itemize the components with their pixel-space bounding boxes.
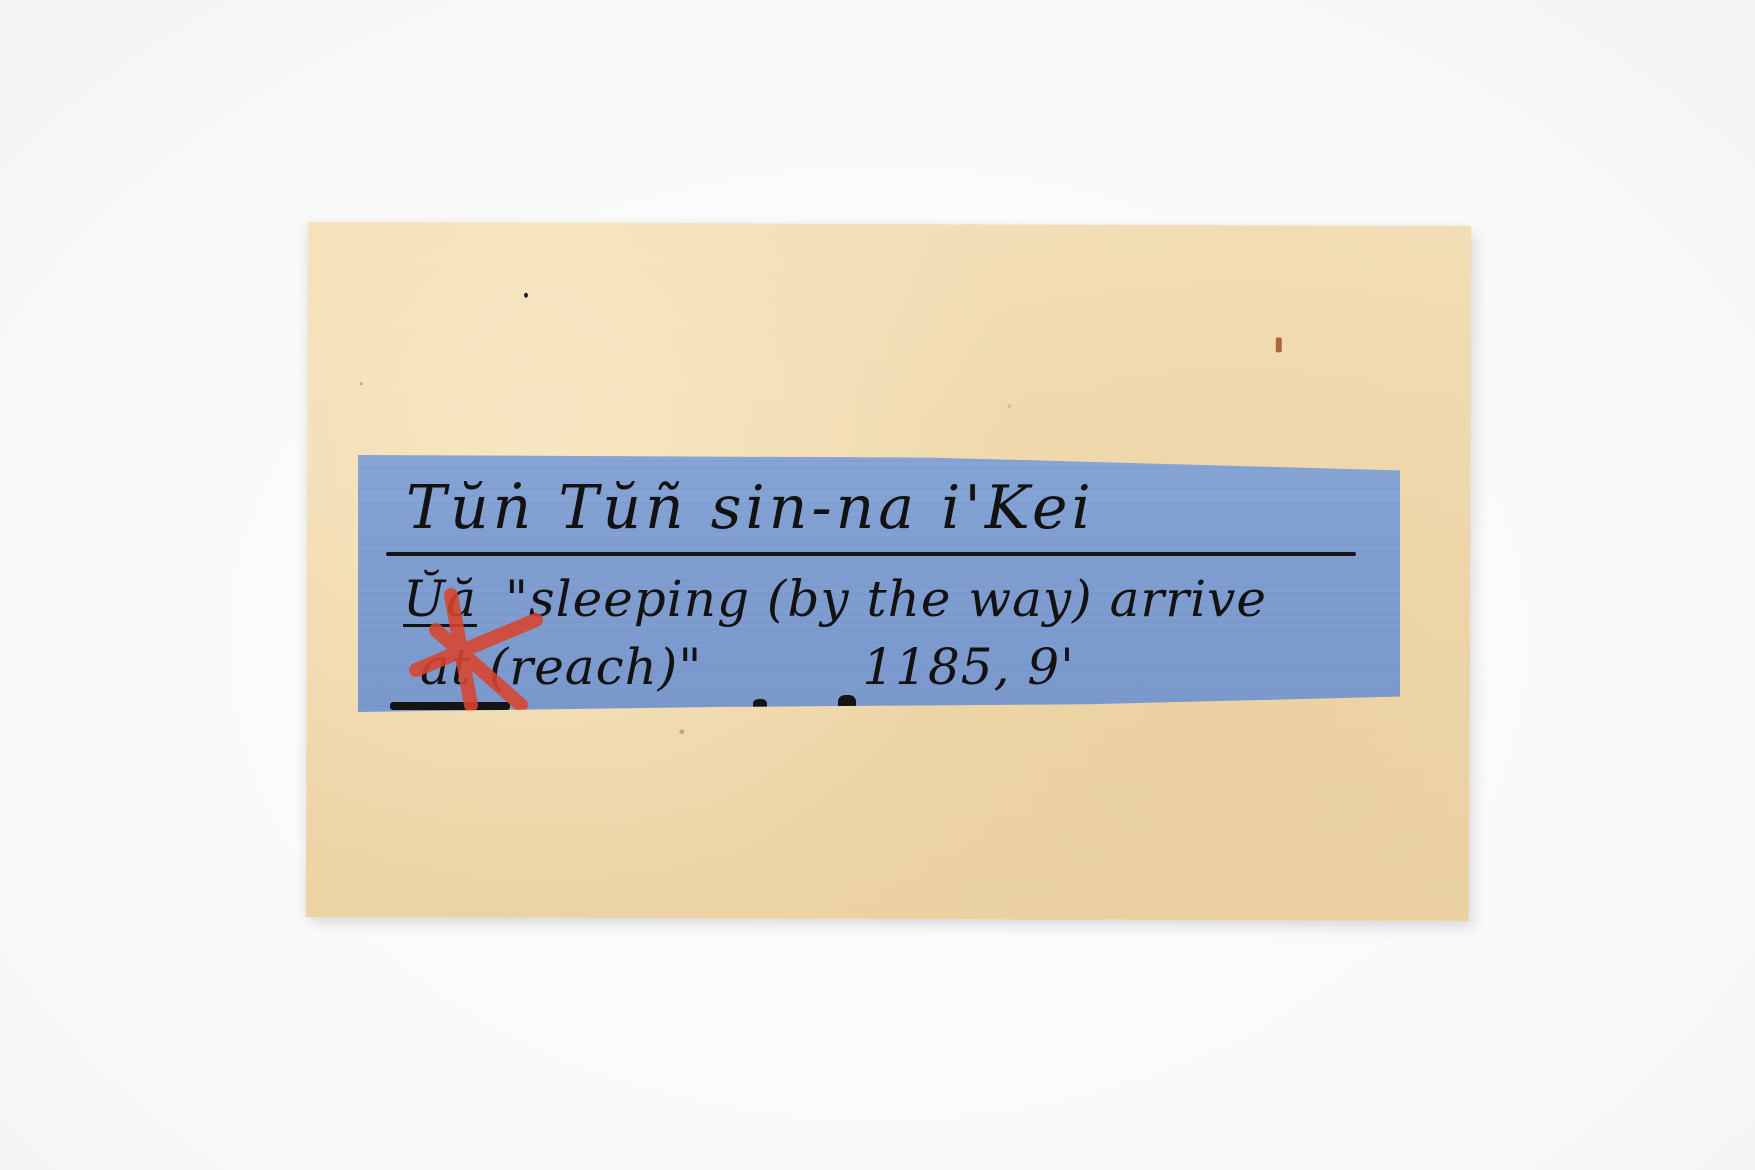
entry-reference: 1185, 9' [862,638,1075,696]
ink-speck [524,293,528,298]
red-asterisk-icon [396,575,556,712]
entry-gloss: "sleeping (by the way) arrive [505,570,1267,628]
fiber-spot [360,382,363,385]
index-slip: Tŭṅ Tŭñ sin-na i'Kei Ŭă"sleeping (by the… [358,455,1400,712]
fiber-spot [679,729,684,734]
heading-rule [386,552,1356,556]
rust-stain [1276,337,1282,352]
slip-heading: Tŭṅ Tŭñ sin-na i'Kei [406,473,1095,543]
fiber-spot [1008,404,1012,408]
